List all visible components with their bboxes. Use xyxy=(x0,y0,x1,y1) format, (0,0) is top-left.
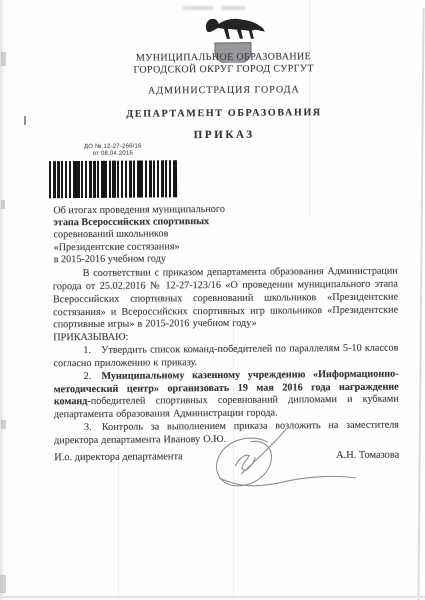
subject-line: в 2015-2016 учебном году xyxy=(54,253,226,267)
department-line: ДЕПАРТАМЕНТ ОБРАЗОВАНИЯ xyxy=(51,107,396,121)
document-type-title: ПРИКАЗ xyxy=(52,128,397,143)
intro-paragraph: В соответствии с приказом департамента о… xyxy=(53,266,398,333)
fox-icon xyxy=(206,18,265,39)
signer-role: И.о. директора департамента xyxy=(54,451,183,463)
municipality-name-line2: ГОРОДСКОЙ ОКРУГ ГОРОД СУРГУТ xyxy=(51,63,396,77)
administration-line: АДМИНИСТРАЦИЯ ГОРОДА xyxy=(51,84,396,98)
barcode xyxy=(49,160,177,198)
subject-block: Об итогах проведения муниципального этап… xyxy=(53,204,225,266)
registration-stamp: ДО № 12-27-266/16 от 08.04.2016 xyxy=(49,143,177,198)
order-item-2: 2. Муниципальному казенному учреждению «… xyxy=(54,368,399,422)
document-content: МУНИЦИПАЛЬНОЕ ОБРАЗОВАНИЕ ГОРОДСКОЙ ОКРУ… xyxy=(0,0,425,600)
item2-number: 2. xyxy=(84,371,102,382)
item2-regular-text: победителей спортивных соревнований дипл… xyxy=(54,394,399,421)
order-item-1: 1. Утвердить список команд-победителей п… xyxy=(53,343,398,371)
stamp-date: от 08.04.2016 xyxy=(49,150,177,158)
handwritten-signature xyxy=(189,423,360,499)
scanned-document-page: МУНИЦИПАЛЬНОЕ ОБРАЗОВАНИЕ ГОРОДСКОЙ ОКРУ… xyxy=(0,0,425,600)
order-body: В соответствии с приказом департамента о… xyxy=(53,266,399,449)
